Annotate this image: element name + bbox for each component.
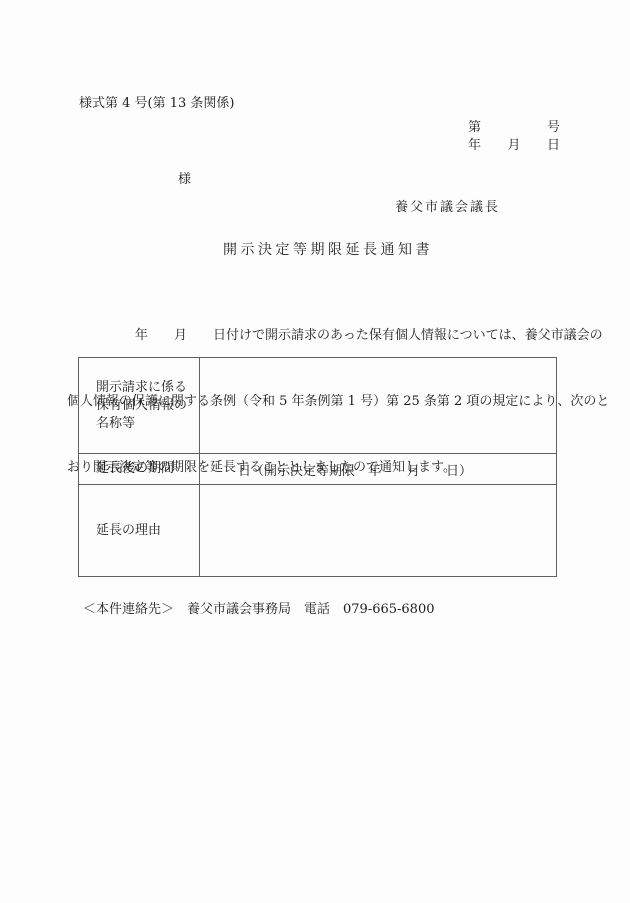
contact-footer: ＜本件連絡先＞ 養父市議会事務局 電話 079-665-6800 — [83, 598, 435, 617]
row1-label-line-3: 名称等 — [96, 415, 199, 433]
row3-label-line-1: 延長の理由 — [96, 522, 199, 540]
table-row3-label: 延長の理由 — [79, 484, 199, 576]
issue-number-line: 第 号 — [468, 119, 560, 137]
row1-label-line-1: 開示請求に係る — [96, 379, 199, 397]
issue-date-line: 年 月 日 — [468, 137, 560, 155]
table-row1-label: 開示請求に係る 保有個人情報の 名称等 — [79, 358, 199, 453]
issue-number-suffix: 号 — [547, 119, 560, 137]
row1-label-line-2: 保有個人情報の — [96, 397, 199, 415]
extension-details-table: 開示請求に係る 保有個人情報の 名称等 延長後の期間 日（開示決定等期限 年 月… — [78, 357, 557, 577]
form-number: 様式第 4 号(第 13 条関係) — [79, 92, 235, 111]
notice-document-page: 様式第 4 号(第 13 条関係) 第 号 年 月 日 様 養父市議会議長 開示… — [0, 0, 630, 903]
issue-date-month: 月 — [507, 137, 520, 155]
document-title: 開示決定等期限延長通知書 — [26, 239, 630, 259]
table-row2-value: 日（開示決定等期限 年 月 日） — [199, 453, 556, 484]
table-row3-value-blank — [199, 484, 556, 576]
issue-number-prefix: 第 — [468, 119, 481, 137]
issue-date-day: 日 — [547, 137, 560, 155]
table-row2-label: 延長後の期間 — [79, 453, 199, 484]
extension-period-value: 日（開示決定等期限 年 月 日） — [200, 460, 556, 479]
issue-date-year: 年 — [468, 137, 481, 155]
table-row1-value-blank — [199, 358, 556, 453]
issue-number-date-block: 第 号 年 月 日 — [468, 119, 560, 155]
sender-title: 養父市議会議長 — [395, 196, 500, 215]
row2-label-line-1: 延長後の期間 — [96, 460, 199, 478]
body-line-1: 年 月 日付けで開示請求のあった保有個人情報については、養父市議会の — [67, 325, 567, 347]
recipient-honorific: 様 — [178, 168, 191, 187]
